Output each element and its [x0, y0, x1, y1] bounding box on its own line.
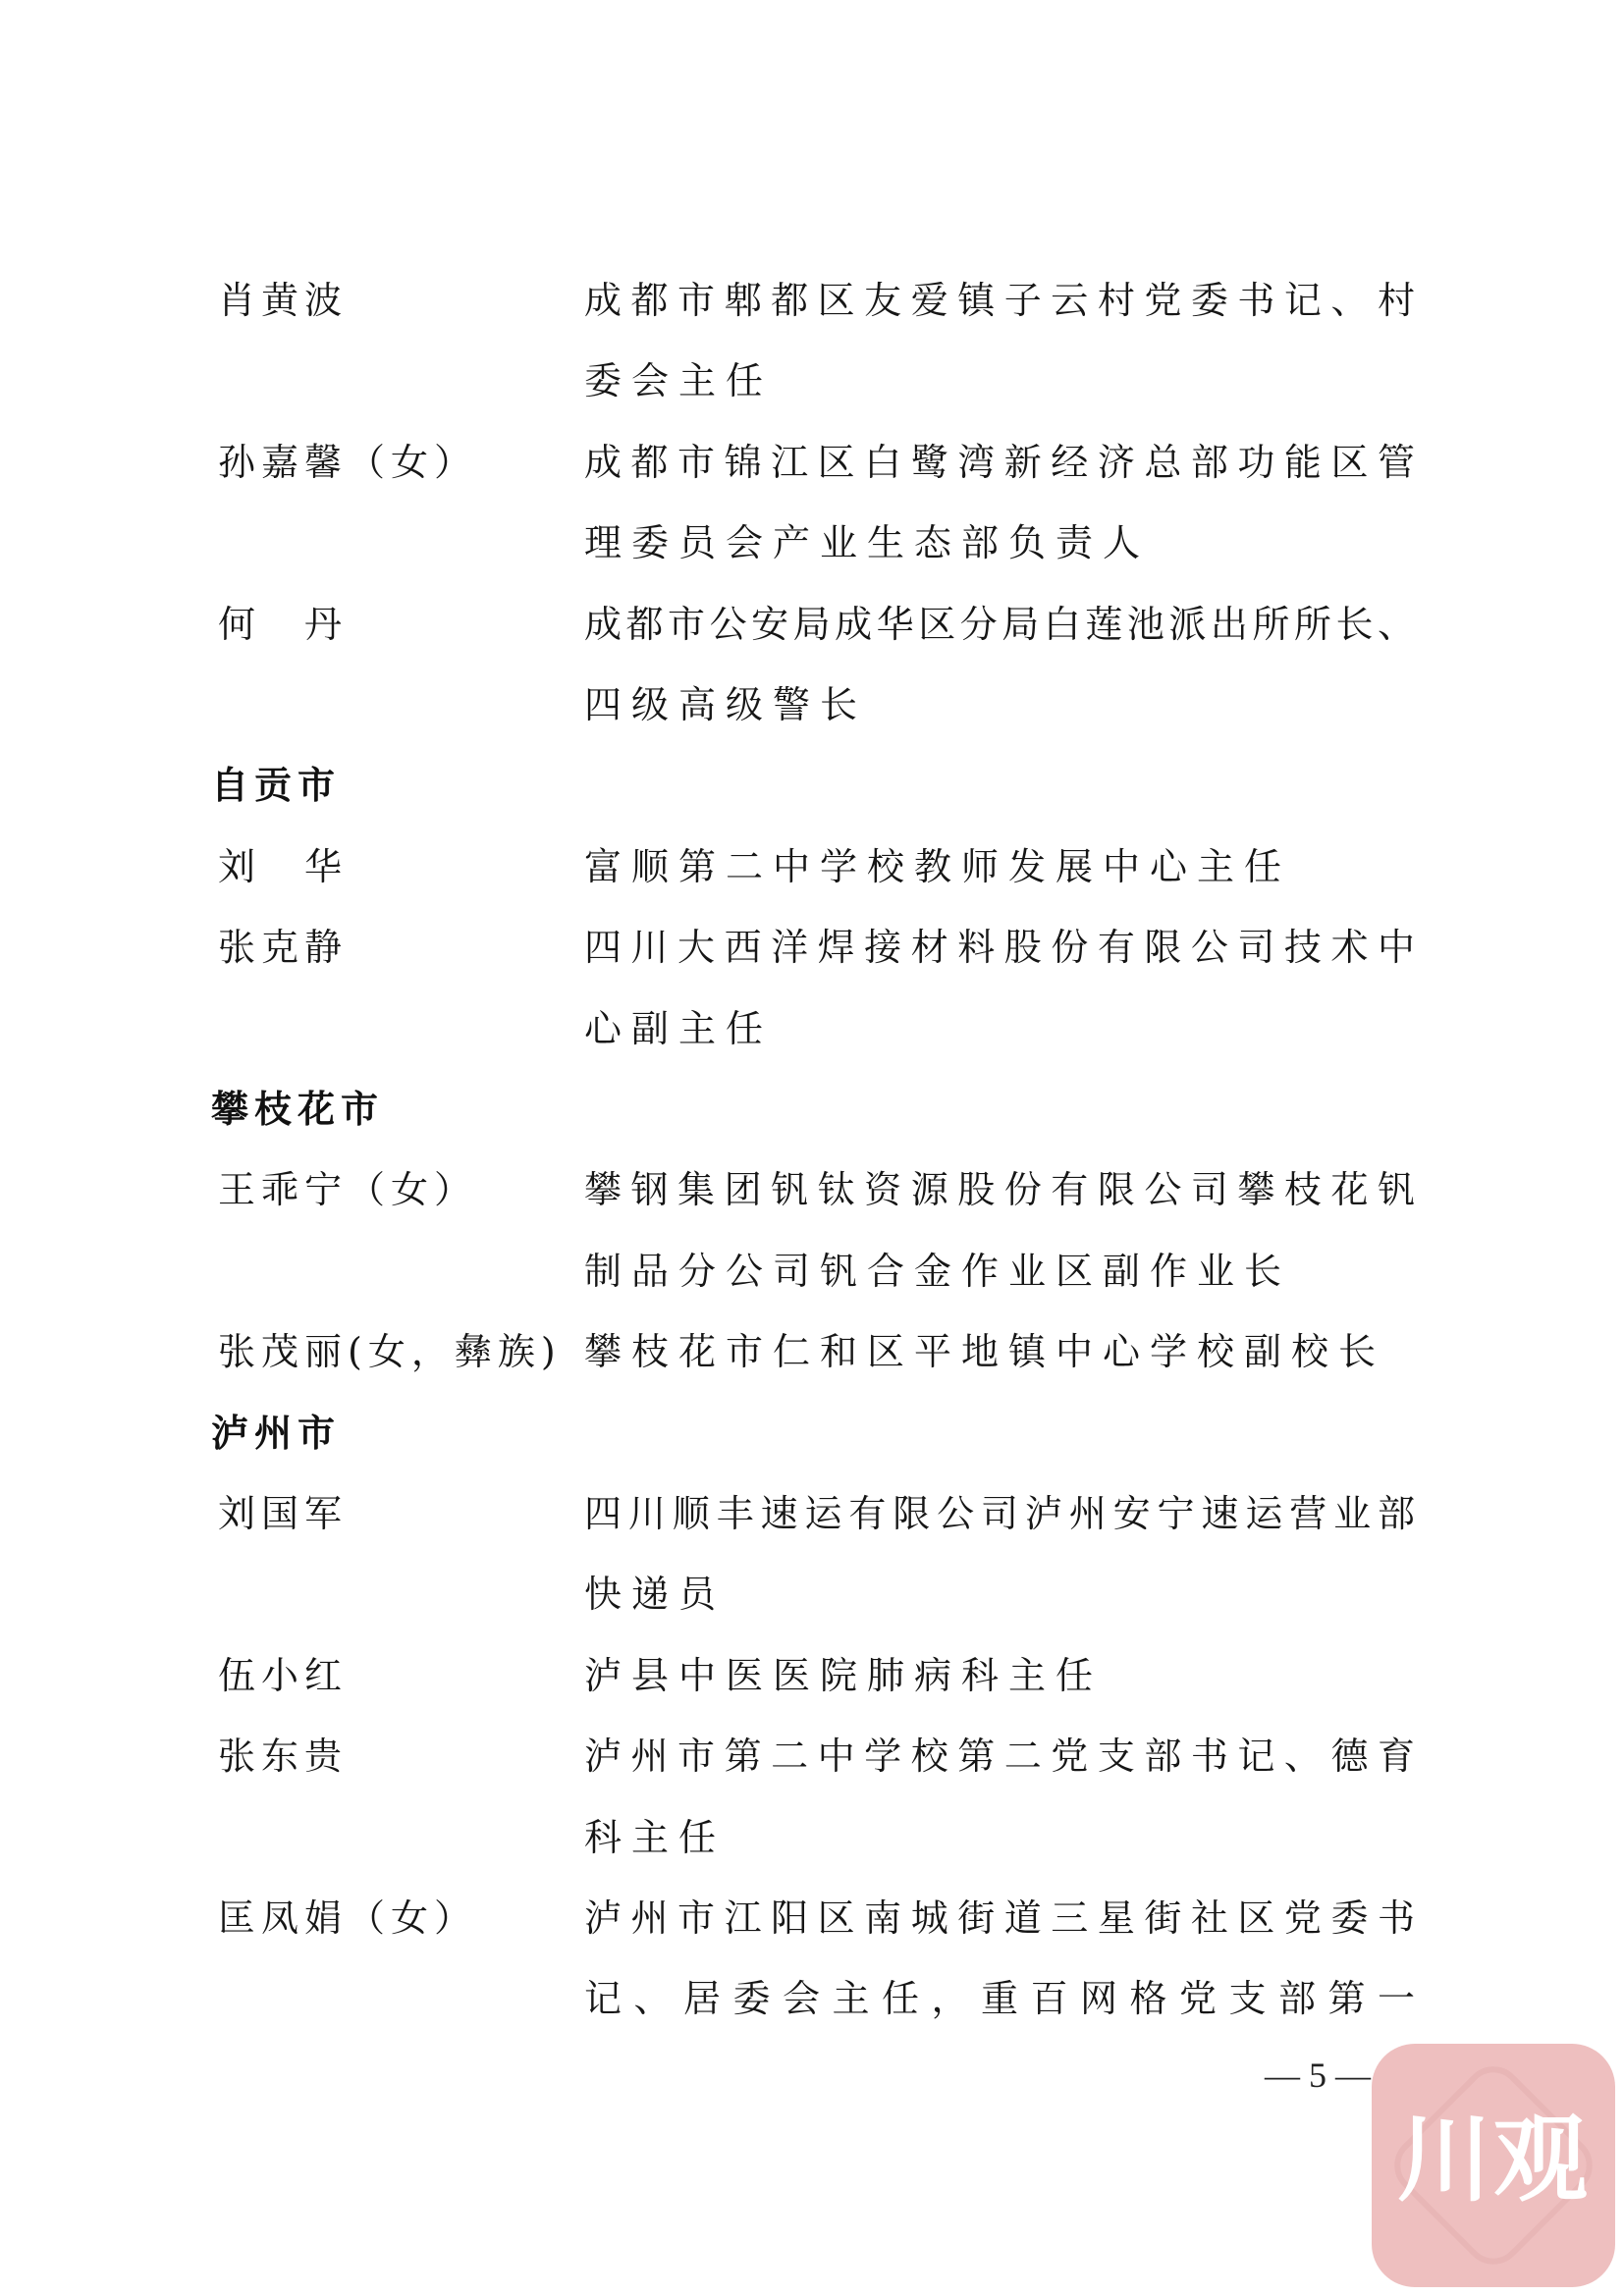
section-heading: 泸州市 [211, 1409, 341, 1458]
person-name: 张克静 [218, 923, 348, 972]
position-description: 成都市公安局成华区分局白莲池派出所所长、 [584, 600, 1420, 649]
person-name: 王乖宁（女） [218, 1165, 477, 1214]
position-description: 四级高级警长 [584, 680, 867, 729]
position-description: 委会主任 [584, 356, 773, 405]
person-name: 孙嘉馨（女） [218, 438, 477, 487]
section-heading: 自贡市 [211, 761, 341, 810]
list-item: 张茂丽(女，彝族)攀枝花市仁和区平地镇中心学校副校长 [0, 1327, 1624, 1376]
position-description: 制品分公司钒合金作业区副作业长 [584, 1247, 1291, 1296]
section-heading-row: 自贡市 [0, 761, 1624, 810]
section-heading-row: 攀枝花市 [0, 1085, 1624, 1134]
position-description: 记、居委会主任，重百网格党支部第一 [584, 1974, 1428, 2023]
list-item: 伍小红泸县中医医院肺病科主任 [0, 1651, 1624, 1700]
position-description: 快递员 [584, 1570, 726, 1619]
list-item: 刘 华富顺第二中学校教师发展中心主任 [0, 842, 1624, 891]
list-item: 肖黄波成都市郫都区友爱镇子云村党委书记、村 [0, 276, 1624, 325]
position-description: 四川顺丰速运有限公司泸州安宁速运营业部 [584, 1489, 1422, 1538]
list-item: 匡凤娟（女）泸州市江阳区南城街道三星街社区党委书 [0, 1894, 1624, 1943]
list-item: 张东贵泸州市第二中学校第二党支部书记、德育 [0, 1732, 1624, 1781]
person-name: 伍小红 [218, 1651, 348, 1700]
logo-text: 川观 [1372, 2101, 1615, 2218]
position-description: 富顺第二中学校教师发展中心主任 [584, 842, 1291, 891]
position-description: 心副主任 [584, 1004, 773, 1053]
list-item-continuation: 制品分公司钒合金作业区副作业长 [0, 1247, 1624, 1296]
document-page: 肖黄波成都市郫都区友爱镇子云村党委书记、村委会主任孙嘉馨（女）成都市锦江区白鹭湾… [0, 0, 1624, 2296]
position-description: 攀钢集团钒钛资源股份有限公司攀枝花钒 [584, 1165, 1425, 1214]
list-item: 孙嘉馨（女）成都市锦江区白鹭湾新经济总部功能区管 [0, 438, 1624, 487]
list-item-continuation: 心副主任 [0, 1004, 1624, 1053]
list-item-continuation: 记、居委会主任，重百网格党支部第一 [0, 1974, 1624, 2023]
person-name: 张东贵 [218, 1732, 348, 1781]
person-name: 肖黄波 [218, 276, 348, 325]
section-heading: 攀枝花市 [211, 1085, 384, 1134]
position-description: 四川大西洋焊接材料股份有限公司技术中 [584, 923, 1425, 972]
position-description: 泸州市江阳区南城街道三星街社区党委书 [584, 1894, 1425, 1943]
position-description: 攀枝花市仁和区平地镇中心学校副校长 [584, 1327, 1385, 1376]
list-item: 何 丹成都市公安局成华区分局白莲池派出所所长、 [0, 600, 1624, 649]
position-description: 泸县中医医院肺病科主任 [584, 1651, 1103, 1700]
list-item: 王乖宁（女）攀钢集团钒钛资源股份有限公司攀枝花钒 [0, 1165, 1624, 1214]
person-name: 张茂丽(女，彝族) [218, 1327, 562, 1376]
position-description: 成都市锦江区白鹭湾新经济总部功能区管 [584, 438, 1425, 487]
section-heading-row: 泸州市 [0, 1409, 1624, 1458]
list-item-continuation: 科主任 [0, 1813, 1624, 1862]
list-item: 刘国军四川顺丰速运有限公司泸州安宁速运营业部 [0, 1489, 1624, 1538]
list-item-continuation: 四级高级警长 [0, 680, 1624, 729]
position-description: 科主任 [584, 1813, 726, 1862]
position-description: 理委员会产业生态部负责人 [584, 518, 1150, 567]
position-description: 泸州市第二中学校第二党支部书记、德育 [584, 1732, 1425, 1781]
list-item-continuation: 理委员会产业生态部负责人 [0, 518, 1624, 567]
person-name: 刘国军 [218, 1489, 348, 1538]
chuanguan-logo-watermark: 川观 [1372, 2044, 1615, 2287]
position-description: 成都市郫都区友爱镇子云村党委书记、村 [584, 276, 1425, 325]
list-item-continuation: 快递员 [0, 1570, 1624, 1619]
person-name: 何 丹 [218, 600, 348, 649]
person-name: 匡凤娟（女） [218, 1894, 477, 1943]
person-name: 刘 华 [218, 842, 348, 891]
list-item-continuation: 委会主任 [0, 356, 1624, 405]
list-item: 张克静四川大西洋焊接材料股份有限公司技术中 [0, 923, 1624, 972]
